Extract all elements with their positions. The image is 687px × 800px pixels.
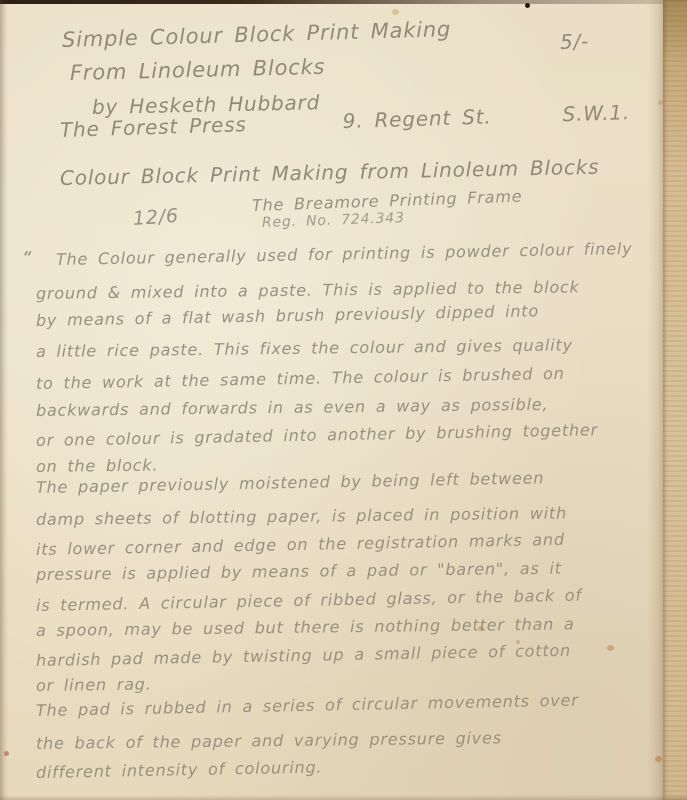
photo-top-edge bbox=[0, 0, 687, 4]
publisher-district: S.W.1. bbox=[562, 100, 630, 126]
photo-left-edge bbox=[0, 0, 8, 800]
publisher-name: The Forest Press bbox=[60, 112, 247, 142]
handwritten-line: different intensity of colouring. bbox=[36, 758, 323, 782]
handwritten-line: to the work at the same time. The colour… bbox=[36, 364, 565, 393]
opening-quote-mark: “ bbox=[22, 248, 32, 269]
foxing-spot bbox=[607, 645, 614, 651]
notebook-page-photo: Simple Colour Block Print Making 5/- Fro… bbox=[0, 0, 687, 800]
price-annotation-frame: 12/6 bbox=[132, 205, 179, 230]
ink-dot bbox=[525, 3, 530, 8]
handwritten-line: is termed. A circular piece of ribbed gl… bbox=[36, 586, 582, 615]
handwritten-line: pressure is applied by means of a pad or… bbox=[36, 559, 562, 584]
book-title-line1: Simple Colour Block Print Making bbox=[62, 17, 452, 52]
foxing-spot bbox=[655, 756, 662, 762]
handwritten-line: a spoon, may be used but there is nothin… bbox=[36, 614, 575, 640]
handwritten-line: or linen rag. bbox=[36, 675, 152, 695]
handwritten-line: damp sheets of blotting paper, is placed… bbox=[36, 504, 567, 529]
handwritten-line: The pad is rubbed in a series of circula… bbox=[36, 691, 579, 720]
price-annotation-top: 5/- bbox=[560, 29, 590, 54]
handwritten-line: a little rice paste. This fixes the colo… bbox=[36, 335, 573, 361]
handwritten-line: The Colour generally used for printing i… bbox=[56, 239, 633, 269]
handwritten-line: ground & mixed into a paste. This is app… bbox=[36, 277, 580, 303]
page-curl-crease bbox=[647, 0, 663, 800]
handwritten-line: its lower corner and edge on the registr… bbox=[36, 530, 565, 559]
foxing-spot bbox=[658, 100, 663, 105]
book-fore-edge bbox=[663, 0, 687, 800]
handwritten-line: the back of the paper and varying pressu… bbox=[36, 728, 502, 753]
book-title-line2: From Linoleum Blocks bbox=[70, 55, 326, 85]
handwritten-line: on the block. bbox=[36, 456, 159, 476]
handwritten-line: backwards and forwards in as even a way … bbox=[36, 395, 549, 420]
handwritten-line: hardish pad made by twisting up a small … bbox=[36, 641, 571, 670]
foxing-spot bbox=[392, 9, 399, 15]
photo-bottom-edge bbox=[0, 795, 687, 800]
product-title-line: Colour Block Print Making from Linoleum … bbox=[60, 155, 600, 190]
publisher-address: 9. Regent St. bbox=[342, 104, 491, 133]
handwritten-line: by means of a flat wash brush previously… bbox=[36, 301, 539, 330]
foxing-spot bbox=[4, 751, 9, 756]
handwritten-line: or one colour is gradated into another b… bbox=[36, 420, 598, 450]
